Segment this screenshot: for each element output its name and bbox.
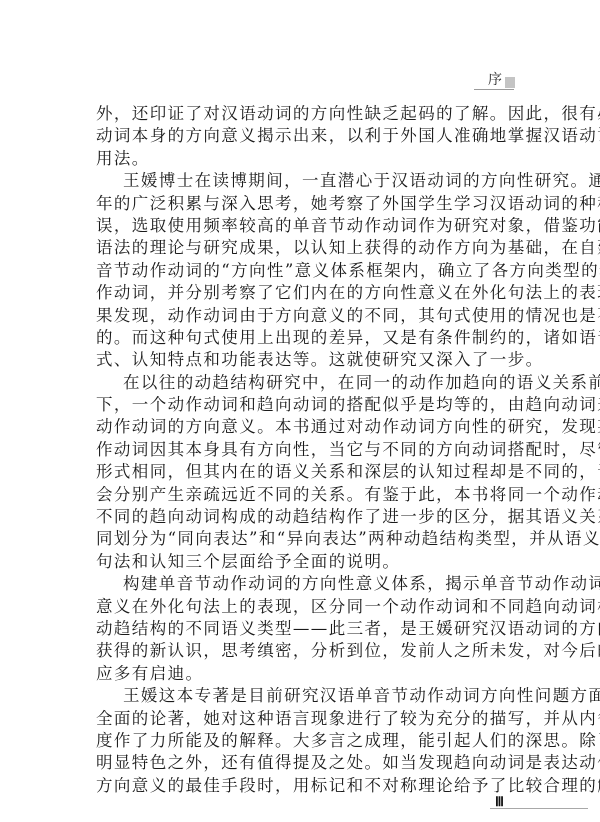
text-line: 句法和认知三个层面给予全面的说明。 [96,551,506,573]
text-line: 形式相同，但其内在的语义关系和深层的认知过程却是不同的，于是就 [96,461,506,483]
header-rule [474,89,514,90]
text-line: 意义在外化句法上的表现，区分同一个动作动词和不同趋向动词构成的 [96,596,506,618]
page-number: Ⅲ [495,795,504,809]
text-line: 明显特色之外，还有值得提及之处。如当发现趋向动词是表达动作动词 [96,752,506,774]
text-line: 度作了力所能及的解释。大多言之成理，能引起人们的深思。除了上述 [96,730,506,752]
text-line: 的。而这种句式使用上出现的差异，又是有条件制约的，诸如语音形 [96,327,506,349]
text-line: 果发现，动作动词由于方向意义的不同，其句式使用的情况也是不同 [96,305,506,327]
section-title: 序 [488,72,502,88]
text-line: 全面的论著，她对这种语言现象进行了较为充分的描写，并从内省的角 [96,708,506,730]
paragraph-1: 外，还印证了对汉语动词的方向性缺乏起码的了解。因此，很有必要将 动词本身的方向意… [96,103,506,170]
paragraph-2: 王媛博士在读博期间，一直潜心于汉语动词的方向性研究。通过几 年的广泛积累与深入思… [96,170,506,372]
text-line: 式、认知特点和功能表达等。这就使研究又深入了一步。 [96,349,506,371]
paragraph-3: 在以往的动趋结构研究中，在同一的动作加趋向的语义关系前提 下，一个动作动词和趋向… [96,372,506,574]
text-line: 语法的理论与研究成果，以认知上获得的动作方向为基础，在自建的单 [96,237,506,259]
text-line: 作动词，并分别考察了它们内在的方向性意义在外化句法上的表现。结 [96,282,506,304]
text-line: 音节动作动词的“方向性”意义体系框架内，确立了各方向类型的动 [96,260,506,282]
text-line: 获得的新认识，思考缜密，分析到位，发前人之所未发，对今后的研究 [96,640,506,662]
paragraph-4: 构建单音节动作动词的方向性意义体系，揭示单音节动作动词方向 意义在外化句法上的表… [96,573,506,685]
paragraph-5: 王媛这本专著是目前研究汉语单音节动作动词方向性问题方面较为 全面的论著，她对这种… [96,685,506,797]
body-text: 外，还印证了对汉语动词的方向性缺乏起码的了解。因此，很有必要将 动词本身的方向意… [96,103,506,797]
footer-rule [490,808,588,809]
text-line: 动作动词的方向意义。本书通过对动作动词方向性的研究，发现某些动 [96,416,506,438]
text-line: 在以往的动趋结构研究中，在同一的动作加趋向的语义关系前提 [96,372,506,394]
text-line: 作动词因其本身具有方向性，当它与不同的方向动词搭配时，尽管句法 [96,439,506,461]
text-line: 动词本身的方向意义揭示出来，以利于外国人准确地掌握汉语动词的 [96,125,506,147]
text-line: 王媛这本专著是目前研究汉语单音节动作动词方向性问题方面较为 [96,685,506,707]
text-line: 动趋结构的不同语义类型——此三者，是王媛研究汉语动词的方向性所 [96,618,506,640]
header-gray-block-icon [505,77,515,88]
text-line: 下，一个动作动词和趋向动词的搭配似乎是均等的，由趋向动词来显示 [96,394,506,416]
text-line: 同划分为“同向表达”和“异向表达”两种动趋结构类型，并从语义、 [96,528,506,550]
text-line: 年的广泛积累与深入思考，她考察了外国学生学习汉语动词的种种偏 [96,193,506,215]
running-header: 序 [474,74,516,90]
text-line: 方向意义的最佳手段时，用标记和不对称理论给予了比较合理的解释。 [96,775,506,797]
text-line: 会分别产生亲疏远近不同的关系。有鉴于此，本书将同一个动作动词和 [96,484,506,506]
text-line: 用法。 [96,148,506,170]
text-line: 王媛博士在读博期间，一直潜心于汉语动词的方向性研究。通过几 [96,170,506,192]
text-line: 不同的趋向动词构成的动趋结构作了进一步的区分，据其语义关系的不 [96,506,506,528]
text-line: 误，选取使用频率较高的单音节动作动词作为研究对象，借鉴功能认知 [96,215,506,237]
text-line: 应多有启迪。 [96,663,506,685]
text-line: 外，还印证了对汉语动词的方向性缺乏起码的了解。因此，很有必要将 [96,103,506,125]
page-footer: Ⅲ [490,795,590,811]
text-line: 构建单音节动作动词的方向性意义体系，揭示单音节动作动词方向 [96,573,506,595]
